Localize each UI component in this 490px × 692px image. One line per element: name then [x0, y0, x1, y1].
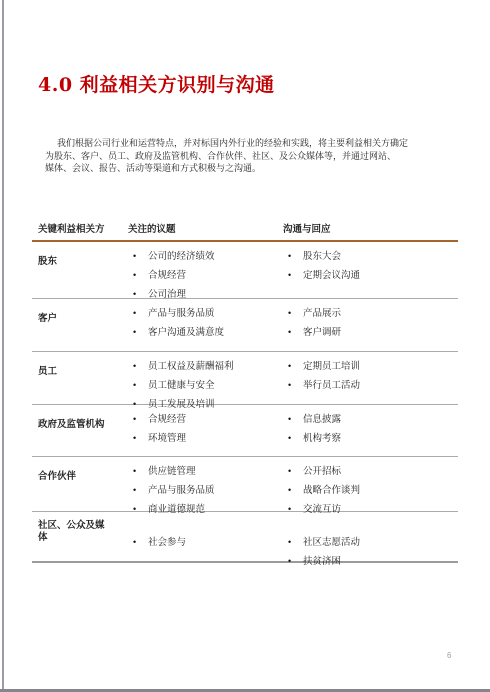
header-issues: 关注的议题 [128, 218, 283, 235]
bullet-icon: • [128, 533, 148, 552]
bullet-icon: • [128, 429, 148, 448]
response-text: 产品展示 [303, 304, 341, 323]
issue-item: •产品与服务品质 [128, 304, 283, 323]
stakeholder-label: 社区、公众及媒体 [32, 512, 106, 571]
responses-list: •股东大会 •定期会议沟通 [283, 242, 458, 304]
intro-line: 我们根据公司行业和运营特点，并对标国内外行业的经验和实践，将主要利益相关方确定 [45, 137, 453, 150]
responses-list: •社区志愿活动 •扶贫济困 [283, 533, 458, 571]
intro-line: 为股东、客户、员工、政府及监管机构、合作伙伴、社区、及公众媒体等，并通过网站、 [45, 150, 453, 163]
response-text: 社区志愿活动 [303, 533, 360, 552]
issues-list: •产品与服务品质 •客户沟通及满意度 [128, 299, 283, 351]
response-text: 定期员工培训 [303, 357, 360, 376]
table-header-row: 关键利益相关方 关注的议题 沟通与回应 [32, 218, 458, 242]
issue-item: •员工权益及薪酬福利 [128, 357, 283, 376]
response-text: 公开招标 [303, 462, 341, 481]
issue-item: •社会参与 [128, 533, 283, 552]
table-row-partners: 合作伙伴 •供应链管理 •产品与服务品质 •商业道德规范 •公开招标 •战略合作… [32, 457, 458, 512]
bullet-icon: • [283, 266, 303, 285]
issue-item: •环境管理 [128, 429, 283, 448]
bullet-icon: • [283, 481, 303, 500]
response-item: •产品展示 [283, 304, 458, 323]
responses-list: •公开招标 •战略合作谈判 •交流互访 [283, 457, 458, 519]
response-item: •机构考察 [283, 429, 458, 448]
issue-item: •商业道德规范 [128, 500, 283, 519]
bullet-icon: • [283, 462, 303, 481]
responses-list: •信息披露 •机构考察 [283, 405, 458, 456]
issue-text: 员工权益及薪酬福利 [148, 357, 234, 376]
issues-list: •公司的经济绩效 •合规经营 •公司治理 [128, 242, 283, 304]
response-text: 交流互访 [303, 500, 341, 519]
response-text: 扶贫济困 [303, 552, 341, 571]
header-responses: 沟通与回应 [283, 218, 458, 235]
issue-text: 商业道德规范 [148, 500, 205, 519]
issues-list: •供应链管理 •产品与服务品质 •商业道德规范 [128, 457, 283, 519]
bullet-icon: • [128, 247, 148, 266]
response-item: •公开招标 [283, 462, 458, 481]
bullet-icon: • [283, 357, 303, 376]
issue-text: 员工健康与安全 [148, 376, 215, 395]
issue-text: 供应链管理 [148, 462, 196, 481]
stakeholder-label: 政府及监管机构 [32, 405, 112, 456]
bullet-icon: • [128, 500, 148, 519]
bullet-icon: • [128, 304, 148, 323]
bullet-icon: • [128, 357, 148, 376]
issue-text: 客户沟通及满意度 [148, 323, 224, 342]
section-title-text: 利益相关方识别与沟通 [80, 75, 275, 96]
issues-list: •社会参与 [128, 533, 283, 571]
response-item: •举行员工活动 [283, 376, 458, 395]
response-item: •信息披露 [283, 410, 458, 429]
table-row-community: 社区、公众及媒体 •社会参与 •社区志愿活动 •扶贫济困 [32, 512, 458, 563]
stakeholder-label: 股东 [32, 242, 112, 304]
response-item: •定期会议沟通 [283, 266, 458, 285]
response-item: •客户调研 [283, 323, 458, 342]
issue-item: •公司的经济绩效 [128, 247, 283, 266]
issue-item: •员工健康与安全 [128, 376, 283, 395]
bullet-icon: • [283, 500, 303, 519]
response-text: 客户调研 [303, 323, 341, 342]
issue-text: 产品与服务品质 [148, 481, 215, 500]
responses-list: •产品展示 •客户调研 [283, 299, 458, 351]
section-title: 4.0利益相关方识别与沟通 [38, 70, 275, 97]
issue-text: 合规经营 [148, 410, 186, 429]
table-row-shareholders: 股东 •公司的经济绩效 •合规经营 •公司治理 •股东大会 •定期会议沟通 [32, 242, 458, 299]
response-item: •战略合作谈判 [283, 481, 458, 500]
section-number: 4.0 [38, 74, 73, 96]
issue-text: 公司的经济绩效 [148, 247, 215, 266]
bullet-icon: • [128, 481, 148, 500]
bullet-icon: • [283, 376, 303, 395]
bullet-icon: • [128, 462, 148, 481]
bullet-icon: • [283, 552, 303, 571]
bullet-icon: • [128, 266, 148, 285]
bullet-icon: • [283, 410, 303, 429]
intro-paragraph: 我们根据公司行业和运营特点，并对标国内外行业的经验和实践，将主要利益相关方确定 … [45, 137, 453, 175]
issue-text: 环境管理 [148, 429, 186, 448]
response-item: •社区志愿活动 [283, 533, 458, 552]
response-text: 举行员工活动 [303, 376, 360, 395]
response-item: •股东大会 [283, 247, 458, 266]
bullet-icon: • [283, 323, 303, 342]
response-text: 定期会议沟通 [303, 266, 360, 285]
response-item: •定期员工培训 [283, 357, 458, 376]
table-row-customers: 客户 •产品与服务品质 •客户沟通及满意度 •产品展示 •客户调研 [32, 299, 458, 352]
response-item: •扶贫济困 [283, 552, 458, 571]
bullet-icon: • [283, 304, 303, 323]
bullet-icon: • [283, 533, 303, 552]
response-item: •交流互访 [283, 500, 458, 519]
bullet-icon: • [128, 323, 148, 342]
response-text: 机构考察 [303, 429, 341, 448]
issue-item: •产品与服务品质 [128, 481, 283, 500]
bullet-icon: • [283, 429, 303, 448]
issue-item: •客户沟通及满意度 [128, 323, 283, 342]
response-text: 战略合作谈判 [303, 481, 360, 500]
stakeholder-label: 合作伙伴 [32, 457, 112, 519]
response-text: 信息披露 [303, 410, 341, 429]
stakeholder-label: 客户 [32, 299, 112, 351]
bullet-icon: • [128, 410, 148, 429]
issue-text: 社会参与 [148, 533, 186, 552]
issues-list: •合规经营 •环境管理 [128, 405, 283, 456]
bullet-icon: • [283, 247, 303, 266]
header-stakeholder: 关键利益相关方 [32, 218, 128, 235]
stakeholder-table: 关键利益相关方 关注的议题 沟通与回应 股东 •公司的经济绩效 •合规经营 •公… [32, 218, 458, 563]
issue-item: •合规经营 [128, 266, 283, 285]
issue-text: 合规经营 [148, 266, 186, 285]
intro-line: 媒体、会议、报告、活动等渠道和方式积极与之沟通。 [45, 162, 453, 175]
document-page: { "document": { "section_number": "4.0",… [0, 0, 490, 692]
issue-text: 产品与服务品质 [148, 304, 215, 323]
page-number: 6 [447, 651, 451, 660]
page-left-edge [2, 0, 4, 692]
bullet-icon: • [128, 376, 148, 395]
issue-item: •合规经营 [128, 410, 283, 429]
table-row-government: 政府及监管机构 •合规经营 •环境管理 •信息披露 •机构考察 [32, 405, 458, 457]
response-text: 股东大会 [303, 247, 341, 266]
issue-item: •供应链管理 [128, 462, 283, 481]
table-row-employees: 员工 •员工权益及薪酬福利 •员工健康与安全 •员工发展及培训 •定期员工培训 … [32, 352, 458, 405]
